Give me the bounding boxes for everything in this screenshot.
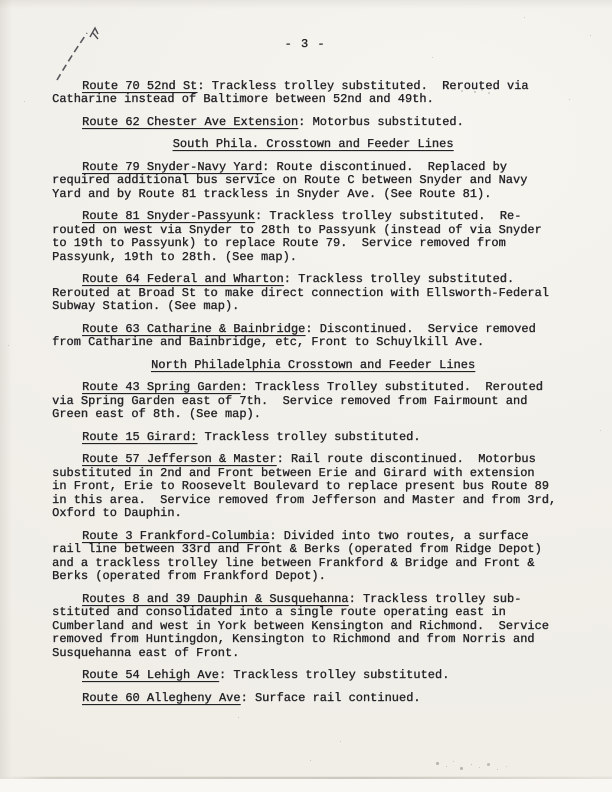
bottom-edge-strip bbox=[0, 779, 612, 792]
section-heading: North Philadelphia Crosstown and Feeder … bbox=[52, 359, 598, 373]
route-entry: Route 15 Girard: Trackless trolley subst… bbox=[52, 431, 598, 445]
route-entry: Route 57 Jefferson & Master: Rail route … bbox=[52, 453, 598, 521]
route-title: Route 54 Lehigh Ave bbox=[82, 668, 219, 682]
route-entry: Route 64 Federal and Wharton: Trackless … bbox=[52, 273, 598, 314]
route-entry: Route 62 Chester Ave Extension: Motorbus… bbox=[52, 116, 598, 130]
route-title: Route 62 Chester Ave Extension bbox=[82, 115, 298, 129]
route-title: Route 57 Jefferson & Master bbox=[82, 452, 276, 466]
document-page: - 3 - Route 70 52nd St: Trackless trolle… bbox=[0, 0, 612, 792]
route-title: Route 60 Allegheny Ave bbox=[82, 691, 240, 705]
route-entry: Route 54 Lehigh Ave: Trackless trolley s… bbox=[52, 669, 598, 683]
route-title: Route 63 Catharine & Bainbridge bbox=[82, 322, 305, 336]
page-number: - 3 - bbox=[52, 38, 598, 52]
route-entry: Route 63 Catharine & Bainbridge: Discont… bbox=[52, 323, 598, 350]
route-title: Route 15 Girard: bbox=[82, 430, 197, 444]
route-entry: Route 79 Snyder-Navy Yard: Route discont… bbox=[52, 161, 598, 202]
route-title: Route 70 52nd St bbox=[82, 79, 197, 93]
dust-specks bbox=[0, 0, 1, 1]
route-title: Route 81 Snyder-Passyunk bbox=[82, 209, 255, 223]
route-entry: Routes 8 and 39 Dauphin & Susquehanna: T… bbox=[52, 593, 598, 661]
route-description: : Trackless trolley substituted. bbox=[219, 668, 449, 682]
route-entry: Route 60 Allegheny Ave: Surface rail con… bbox=[52, 692, 598, 706]
route-entry: Route 81 Snyder-Passyunk: Trackless trol… bbox=[52, 210, 598, 264]
route-title: Routes 8 and 39 Dauphin & Susquehanna bbox=[82, 592, 348, 606]
route-title: Route 79 Snyder-Navy Yard bbox=[82, 160, 262, 174]
section-heading: South Phila. Crosstown and Feeder Lines bbox=[52, 138, 598, 152]
page-content: - 3 - Route 70 52nd St: Trackless trolle… bbox=[52, 38, 598, 714]
route-description: Trackless trolley substituted. bbox=[197, 430, 420, 444]
route-title: Route 64 Federal and Wharton bbox=[82, 272, 284, 286]
route-description: : Motorbus substituted. bbox=[298, 115, 464, 129]
route-entry: Route 3 Frankford-Columbia: Divided into… bbox=[52, 530, 598, 584]
route-title: Route 43 Spring Garden bbox=[82, 380, 240, 394]
route-title: Route 3 Frankford-Columbia bbox=[82, 529, 269, 543]
route-entry: Route 70 52nd St: Trackless trolley subs… bbox=[52, 80, 598, 107]
route-description: : Surface rail continued. bbox=[240, 691, 420, 705]
route-entry: Route 43 Spring Garden: Trackless Trolle… bbox=[52, 381, 598, 422]
